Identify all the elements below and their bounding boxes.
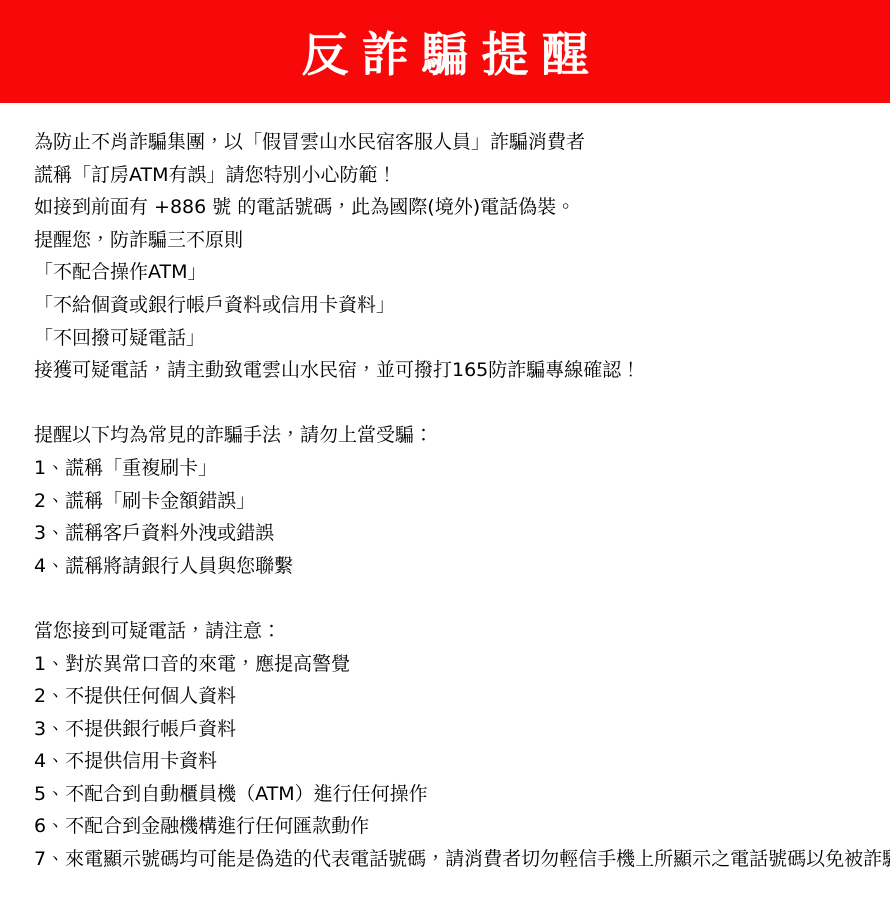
notice-line: 4、謊稱將請銀行人員與您聯繫 [34,550,856,583]
notice-line: 如接到前面有 +886 號 的電話號碼，此為國際(境外)電話偽裝。 [34,191,856,224]
notice-line: 1、對於異常口音的來電，應提高警覺 [34,648,856,681]
notice-section-precautions: 當您接到可疑電話，請注意： 1、對於異常口音的來電，應提高警覺 2、不提供任何個… [34,615,856,876]
notice-line: 2、不提供任何個人資料 [34,680,856,713]
notice-line: 提醒以下均為常見的詐騙手法，請勿上當受騙： [34,419,856,452]
notice-line: 2、謊稱「刷卡金額錯誤」 [34,485,856,518]
notice-line: 5、不配合到自動櫃員機（ATM）進行任何操作 [34,778,856,811]
notice-line: 3、謊稱客戶資料外洩或錯誤 [34,517,856,550]
notice-line: 接獲可疑電話，請主動致電雲山水民宿，並可撥打165防詐騙專線確認！ [34,354,856,387]
anti-fraud-banner: 反詐騙提醒 [0,0,890,103]
notice-line: 當您接到可疑電話，請注意： [34,615,856,648]
notice-line: 「不配合操作ATM」 [34,256,856,289]
notice-line: 提醒您，防詐騙三不原則 [34,224,856,257]
notice-body: 為防止不肖詐騙集團，以「假冒雲山水民宿客服人員」詐騙消費者 謊稱「訂房ATM有誤… [0,103,890,876]
notice-line: 為防止不肖詐騙集團，以「假冒雲山水民宿客服人員」詐騙消費者 [34,126,856,159]
notice-line: 3、不提供銀行帳戶資料 [34,713,856,746]
notice-line: 1、謊稱「重複刷卡」 [34,452,856,485]
page-title: 反詐騙提醒 [289,18,602,85]
notice-section-intro: 為防止不肖詐騙集團，以「假冒雲山水民宿客服人員」詐騙消費者 謊稱「訂房ATM有誤… [34,126,856,387]
notice-line: 4、不提供信用卡資料 [34,745,856,778]
notice-line: 「不回撥可疑電話」 [34,322,856,355]
notice-line: 「不給個資或銀行帳戶資料或信用卡資料」 [34,289,856,322]
notice-section-common-scams: 提醒以下均為常見的詐騙手法，請勿上當受騙： 1、謊稱「重複刷卡」 2、謊稱「刷卡… [34,419,856,582]
notice-line: 謊稱「訂房ATM有誤」請您特別小心防範！ [34,159,856,192]
notice-line: 6、不配合到金融機構進行任何匯款動作 [34,810,856,843]
notice-line: 7、來電顯示號碼均可能是偽造的代表電話號碼，請消費者切勿輕信手機上所顯示之電話號… [34,843,856,876]
